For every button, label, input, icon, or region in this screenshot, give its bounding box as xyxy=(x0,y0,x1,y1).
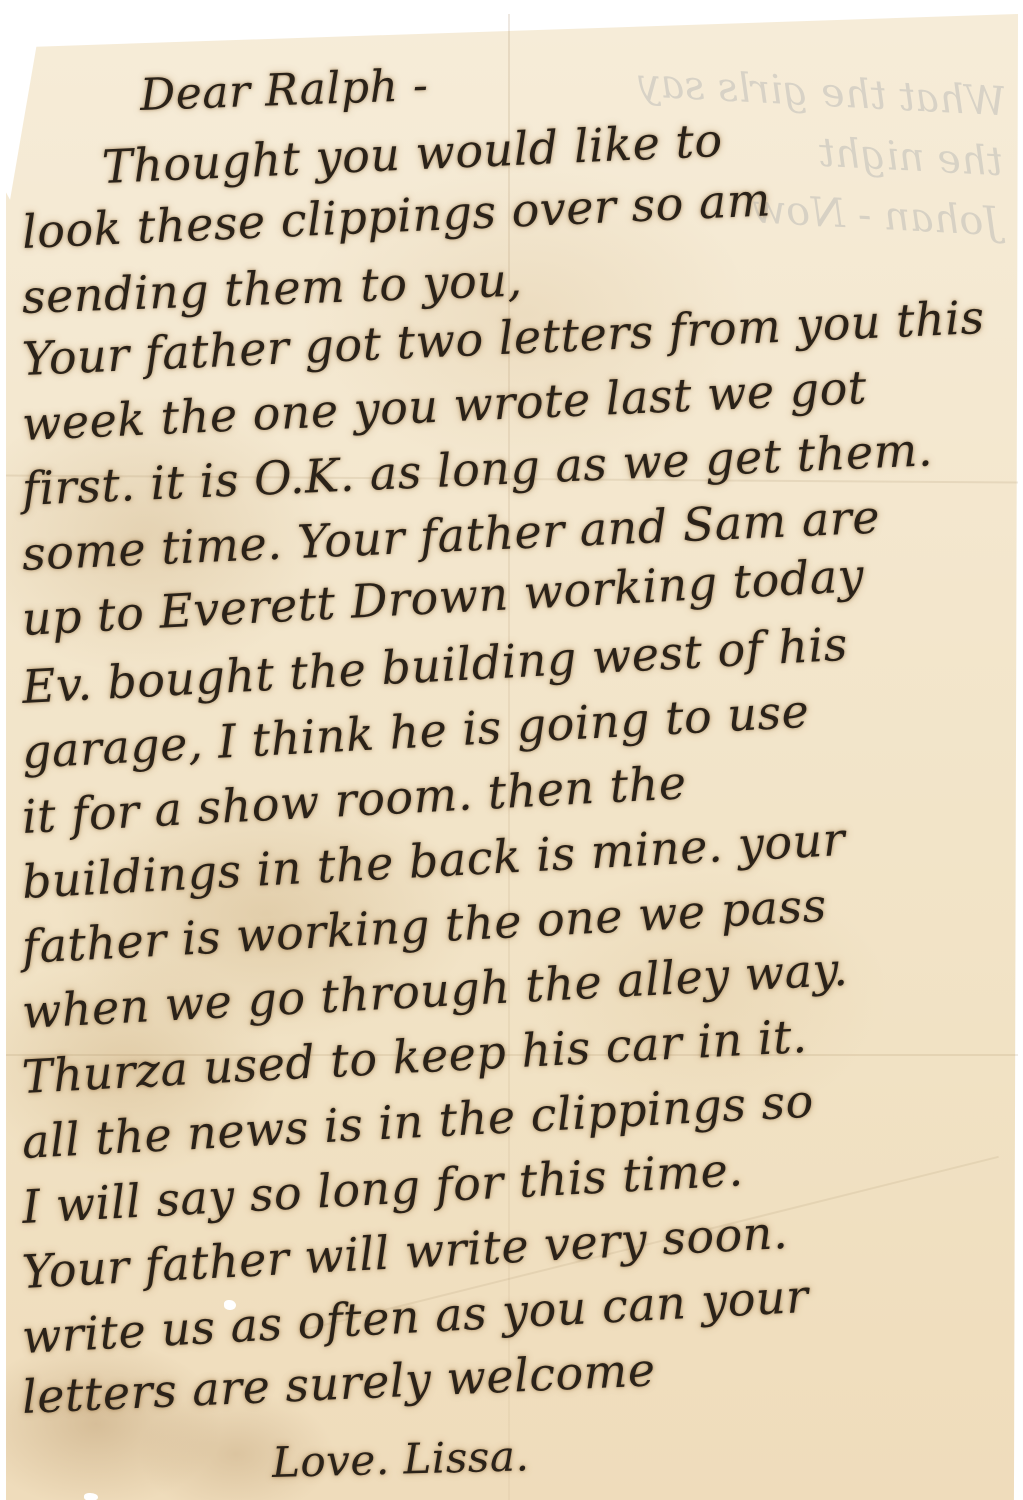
closing-signature: Love. Lissa. xyxy=(271,1431,529,1487)
salutation: Dear Ralph - xyxy=(139,60,429,121)
paper-hole xyxy=(84,1493,98,1500)
paper-hole xyxy=(224,1300,236,1310)
